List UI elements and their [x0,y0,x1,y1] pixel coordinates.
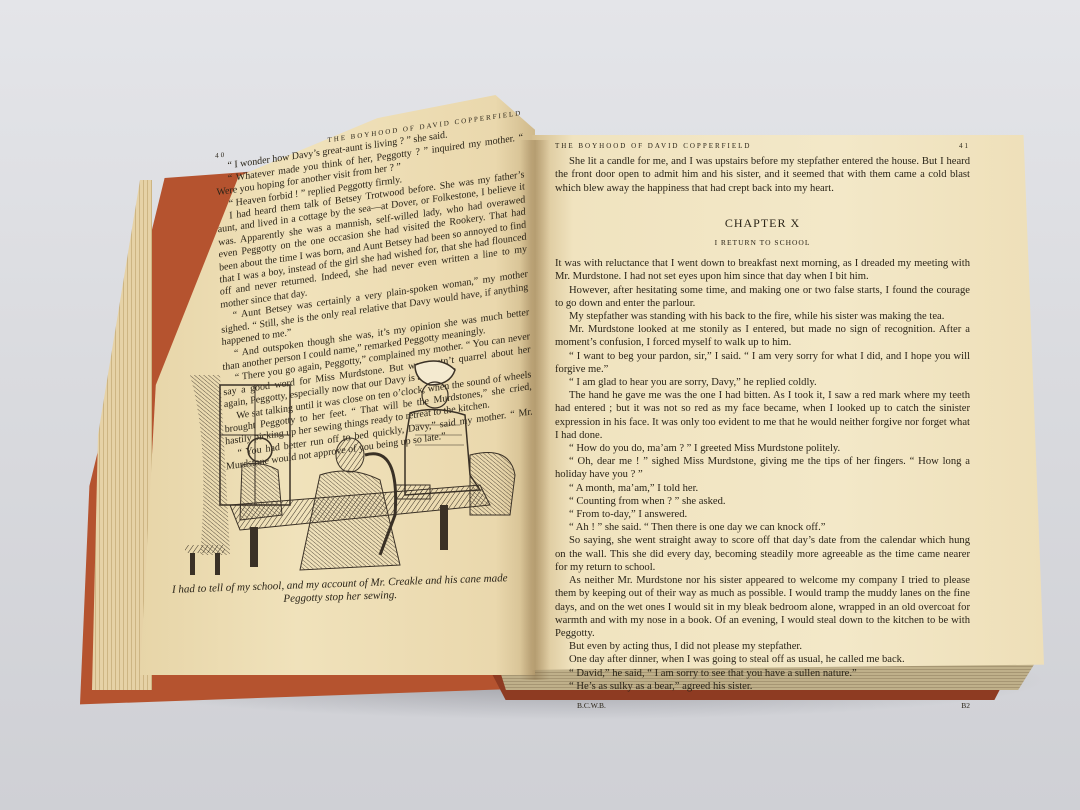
page-footer: B.C.W.B. B2 [555,699,970,712]
right-running-title: THE BOYHOOD OF DAVID COPPERFIELD [555,140,752,153]
paragraph: “ Ah ! ” she said. “ Then there is one d… [555,521,970,534]
paragraph: “ He’s as sulky as a bear,” agreed his s… [555,680,970,693]
paragraph: So saying, she went straight away to sco… [555,534,970,574]
paragraph: “ A month, ma’am,” I told her. [555,482,970,495]
paragraph: “ I want to beg your pardon, sir,” I sai… [555,350,970,376]
right-page-text: THE BOYHOOD OF DAVID COPPERFIELD 41 She … [555,140,970,712]
paragraph: “ Counting from when ? ” she asked. [555,495,970,508]
paragraph: The hand he gave me was the one I had bi… [555,389,970,442]
paragraph: As neither Mr. Murdstone nor his sister … [555,574,970,640]
paragraph: It was with reluctance that I went down … [555,257,970,283]
right-running-head: THE BOYHOOD OF DAVID COPPERFIELD 41 [555,140,970,153]
paragraph: However, after hesitating some time, and… [555,284,970,310]
paragraph: “ How do you do, ma’am ? ” I greeted Mis… [555,442,970,455]
opening-paragraph: She lit a candle for me, and I was upsta… [555,155,970,195]
paragraph: “ I am glad to hear you are sorry, Davy,… [555,376,970,389]
paragraph: But even by acting thus, I did not pleas… [555,640,970,653]
right-page-number: 41 [959,140,970,153]
chapter-title: CHAPTER X [555,217,970,230]
engraving-illustration [170,355,520,580]
paragraph: My stepfather was standing with his back… [555,310,970,323]
paragraph: One day after dinner, when I was going t… [555,653,970,666]
paragraph: Mr. Murdstone looked at me stonily as I … [555,323,970,349]
paragraph: “ From to-day,” I answered. [555,508,970,521]
paragraph: “ David,” he said, “ I am sorry to see t… [555,667,970,680]
chapter-subtitle: I RETURN TO SCHOOL [555,236,970,249]
paragraph: “ Oh, dear me ! ” sighed Miss Murdstone,… [555,455,970,481]
gathering-mark: B2 [961,699,970,712]
signature-mark: B.C.W.B. [577,699,606,712]
left-page-number: 40 [215,148,226,162]
